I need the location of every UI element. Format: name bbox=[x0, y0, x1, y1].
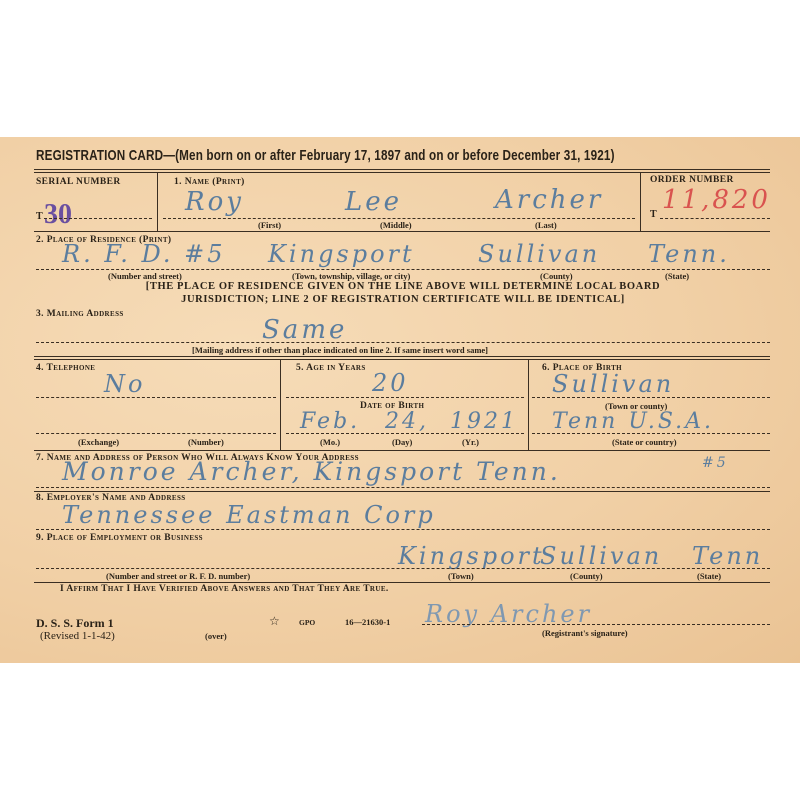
employment-street-caption: (Number and street or R. F. D. number) bbox=[106, 571, 250, 581]
star-icon: ☆ bbox=[269, 614, 280, 629]
telephone-label: 4. Telephone bbox=[36, 363, 95, 373]
serial-number-label: SERIAL NUMBER bbox=[36, 177, 121, 187]
age-value: 20 bbox=[372, 369, 409, 397]
number-caption: (Number) bbox=[188, 437, 224, 447]
residence-county-value: Sullivan bbox=[478, 240, 600, 268]
form-number: D. S. S. Form 1 bbox=[36, 616, 114, 631]
middle-caption: (Middle) bbox=[380, 220, 412, 230]
day-caption: (Day) bbox=[392, 437, 412, 447]
residence-notice-line1: [THE PLACE OF RESIDENCE GIVEN ON THE LIN… bbox=[36, 281, 770, 292]
divider bbox=[157, 173, 158, 231]
birth-day-value: 24, bbox=[385, 409, 429, 434]
order-prefix: T bbox=[650, 209, 657, 220]
print-code: 16—21630-1 bbox=[345, 617, 390, 627]
telephone-value: No bbox=[104, 370, 145, 398]
age-label: 5. Age in Years bbox=[296, 363, 366, 373]
birth-month-value: Feb. bbox=[300, 409, 360, 434]
residence-street-value: R. F. D. #5 bbox=[62, 240, 226, 268]
birth-town-value: Sullivan bbox=[552, 370, 674, 398]
divider bbox=[640, 173, 641, 231]
first-name-value: Roy bbox=[185, 187, 244, 217]
order-number-label: ORDER NUMBER bbox=[650, 175, 734, 185]
street-caption: (Number and street) bbox=[108, 271, 182, 281]
exchange-caption: (Exchange) bbox=[78, 437, 119, 447]
affirmation-text: I Affirm That I Have Verified Above Answ… bbox=[60, 584, 389, 594]
residence-notice-line2: JURISDICTION; LINE 2 OF REGISTRATION CER… bbox=[36, 294, 770, 305]
birth-year-value: 1921 bbox=[450, 409, 518, 434]
birth-state-value: Tenn U.S.A. bbox=[552, 409, 714, 434]
contact-extra: #5 bbox=[702, 455, 729, 471]
birth-state-caption: (State or country) bbox=[612, 437, 677, 447]
form-revised: (Revised 1-1-42) bbox=[40, 630, 115, 642]
first-caption: (First) bbox=[258, 220, 281, 230]
residence-state-value: Tenn. bbox=[648, 240, 730, 268]
employment-county-caption: (County) bbox=[570, 571, 603, 581]
employment-town-caption: (Town) bbox=[448, 571, 474, 581]
card-title: REGISTRATION CARD—(Men born on or after … bbox=[36, 147, 615, 164]
serial-prefix: T bbox=[36, 211, 43, 222]
town-caption: (Town, township, village, or city) bbox=[292, 271, 410, 281]
employment-town-value: Kingsport bbox=[398, 542, 545, 570]
last-caption: (Last) bbox=[535, 220, 557, 230]
middle-name-value: Lee bbox=[345, 187, 402, 217]
mailing-address-value: Same bbox=[262, 315, 347, 345]
mailing-address-label: 3. Mailing Address bbox=[36, 309, 124, 319]
signature-caption: (Registrant's signature) bbox=[542, 628, 628, 638]
county-caption: (County) bbox=[540, 271, 573, 281]
employment-state-value: Tenn bbox=[692, 542, 763, 570]
gpo-mark: GPO bbox=[299, 618, 315, 627]
employment-county-value: Sullivan bbox=[540, 542, 662, 570]
serial-number-stamp: 30 bbox=[44, 199, 72, 231]
registration-card: REGISTRATION CARD—(Men born on or after … bbox=[0, 137, 800, 663]
mailing-caption: [Mailing address if other than place ind… bbox=[192, 345, 488, 355]
residence-town-value: Kingsport bbox=[268, 240, 415, 268]
over-note: (over) bbox=[205, 631, 227, 641]
year-caption: (Yr.) bbox=[462, 437, 479, 447]
title-rule bbox=[34, 169, 770, 173]
last-name-value: Archer bbox=[495, 185, 603, 215]
month-caption: (Mo.) bbox=[320, 437, 340, 447]
state-caption: (State) bbox=[665, 271, 689, 281]
employment-place-label: 9. Place of Employment or Business bbox=[36, 533, 203, 543]
employer-value: Tennessee Eastman Corp bbox=[62, 501, 436, 529]
name-label: 1. Name (Print) bbox=[174, 177, 245, 187]
employment-state-caption: (State) bbox=[697, 571, 721, 581]
order-number-value: 11,820 bbox=[662, 185, 771, 215]
contact-person-value: Monroe Archer, Kingsport Tenn. bbox=[62, 457, 561, 486]
